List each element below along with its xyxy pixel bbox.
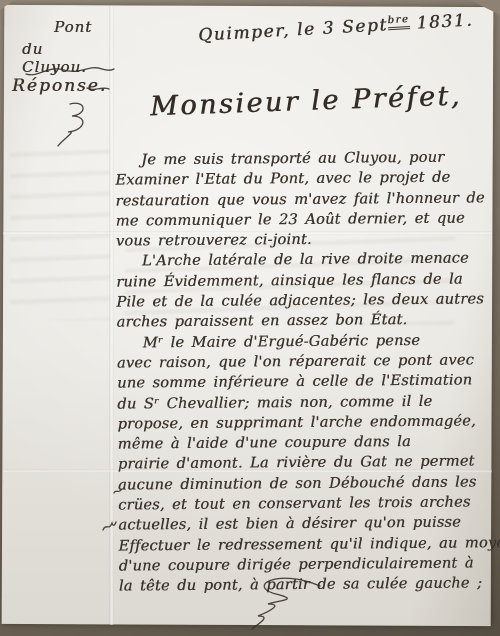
- paraph-flourish-margin: [44, 100, 92, 150]
- paragraph-1: Je me suis transporté au Cluyou, pour Ex…: [115, 148, 476, 253]
- letter-body: Je me suis transporté au Cluyou, pour Ex…: [115, 148, 479, 598]
- dateline-superscript: bre: [387, 14, 410, 30]
- reply-tail-flourish: [86, 82, 110, 94]
- paragraph-3: Mʳ le Maire d'Ergué-Gabéric pense avec r…: [117, 331, 479, 598]
- margin-mark: [112, 486, 124, 496]
- margin-note-line1: Pont: [54, 18, 92, 36]
- photo-backdrop: Pont du Cluyou. Réponse. Quimper, le 3 S…: [0, 0, 500, 636]
- paragraph-2: L'Arche latérale de la rive droite menac…: [116, 250, 477, 334]
- paper-corner-cut: [0, 0, 14, 10]
- dateline-year: 1831.: [409, 10, 474, 34]
- insertion-mark: [101, 519, 117, 533]
- paraph-flourish-bottom: [228, 574, 338, 632]
